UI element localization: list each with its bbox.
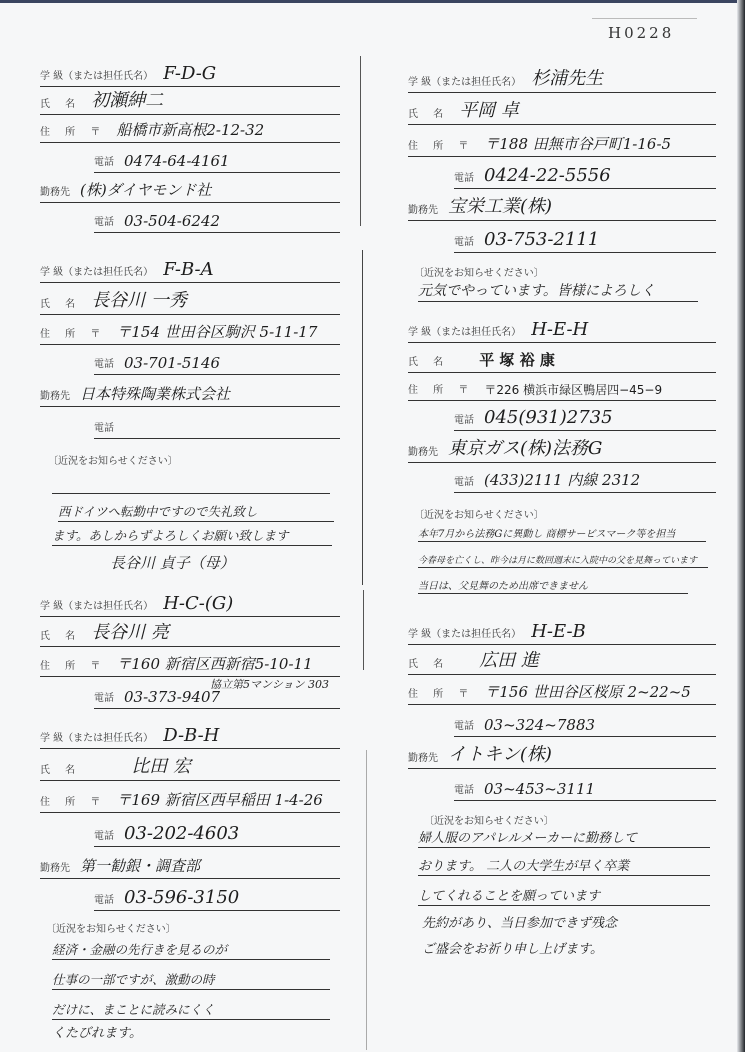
name-row: 氏 名 広田 進: [408, 648, 716, 675]
news-line: ご盛会をお祈り申し上げます。: [422, 938, 603, 957]
name-label: 氏 名: [40, 295, 81, 314]
workplace-label: 勤務先: [40, 387, 70, 406]
work-phone-row: 電話 03~453~3111: [454, 774, 716, 801]
workplace-row: 勤務先 宝栄工業(株): [408, 194, 716, 221]
class-value: H-E-B: [521, 621, 586, 644]
name-label: 氏 名: [408, 353, 449, 372]
name-row: 氏 名 初瀬紳二: [40, 88, 340, 115]
address-row: 住 所 〒 〒188 田無市谷戸町1-16-5: [408, 130, 716, 157]
name-row: 氏 名 比田 宏: [40, 754, 340, 781]
scan-right-edge: [737, 0, 745, 1052]
address-label: 住 所 〒: [40, 793, 106, 812]
name-value: 比田 宏: [81, 752, 191, 780]
address-row: 住 所 〒 船橋市新高根2-12-32: [40, 116, 340, 143]
name-value: 平 塚 裕 康: [449, 349, 555, 372]
class-label: 学 級（または担任氏名）: [408, 73, 521, 92]
work-phone-label: 電話: [94, 891, 114, 910]
news-label: 〔近況をお知らせください〕: [46, 920, 176, 935]
news-signature: 長谷川 貞子（母）: [110, 552, 235, 573]
class-row: 学 級（または担任氏名） H-E-B: [408, 618, 716, 645]
work-phone-label: 電話: [94, 419, 114, 438]
address-row: 住 所 〒 〒156 世田谷区桜原 2~22~5: [408, 678, 716, 705]
phone-value: 0474-64-4161: [114, 152, 230, 172]
news-line: くたびれます。: [52, 1022, 142, 1041]
news-line: 本年7月から法務Gに異動し 商標サービスマーク等を担当: [418, 516, 706, 542]
phone-value: 03-701-5146: [114, 354, 220, 374]
work-phone-label: 電話: [454, 781, 474, 800]
news-line: [52, 468, 330, 494]
workplace-value: 日本特殊陶業株式会社: [70, 383, 230, 406]
phone-label: 電話: [94, 153, 114, 172]
class-label: 学 級（または担任氏名）: [408, 323, 521, 342]
name-value: 初瀬紳二: [81, 86, 163, 114]
name-value: 広田 進: [449, 646, 539, 674]
workplace-label: 勤務先: [408, 749, 438, 768]
address-value: 船橋市新高根2-12-32: [106, 119, 264, 142]
news-line: ます。あしからずよろしくお願い致します: [52, 520, 332, 546]
workplace-value: 宝栄工業(株): [438, 192, 552, 220]
document-id: H0228: [608, 24, 674, 42]
workplace-row: 勤務先 (株)ダイヤモンド社: [40, 176, 340, 203]
work-phone-row: 電話 03-504-6242: [94, 206, 340, 233]
class-row: 学 級（または担任氏名） H-C-(G): [40, 590, 340, 617]
news-line: 当日は、父見舞のため出席できません: [418, 568, 688, 594]
news-line: 今春母を亡くし、昨今は月に数回週末に入院中の父を見舞っています: [418, 542, 708, 568]
class-value: 杉浦先生: [521, 64, 603, 92]
workplace-row: 勤務先 日本特殊陶業株式会社: [40, 380, 340, 407]
name-row: 氏 名 平岡 卓: [408, 98, 716, 125]
phone-label: 電話: [454, 717, 474, 736]
name-label: 氏 名: [408, 655, 449, 674]
name-row: 氏 名 長谷川 亮: [40, 620, 340, 647]
name-row: 氏 名 長谷川 一秀: [40, 288, 340, 315]
name-row: 氏 名 平 塚 裕 康: [408, 346, 716, 373]
address-value: 〒226 横浜市緑区鴨居四−45−9: [474, 381, 662, 400]
class-value: F-B-A: [153, 259, 213, 282]
address-value: 〒188 田無市谷戸町1-16-5: [474, 133, 671, 156]
class-value: H-E-H: [521, 319, 588, 342]
class-row: 学 級（または担任氏名） 杉浦先生: [408, 66, 716, 93]
phone-label: 電話: [94, 689, 114, 708]
id-underline: [592, 18, 697, 19]
column-divider: [362, 250, 363, 585]
class-row: 学 級（または担任氏名） F-B-A: [40, 256, 340, 283]
address-row: 住 所 〒 〒154 世田谷区駒沢 5-11-17: [40, 318, 340, 345]
class-row: 学 級（または担任氏名） F-D-G: [40, 60, 340, 87]
address-label: 住 所 〒: [40, 657, 106, 676]
address-label: 住 所 〒: [408, 137, 474, 156]
phone-row: 電話 03-202-4603: [94, 820, 340, 847]
work-phone-row: 電話 (433)2111 内線 2312: [454, 466, 716, 493]
workplace-label: 勤務先: [40, 183, 70, 202]
phone-label: 電話: [454, 169, 474, 188]
workplace-value: 東京ガス(株)法務G: [438, 434, 602, 462]
phone-row: 電話 03-701-5146: [94, 348, 340, 375]
news-line: 経済・金融の先行きを見るのが: [52, 934, 330, 960]
work-phone-value: (433)2111 内線 2312: [474, 469, 640, 492]
class-value: D-B-H: [153, 725, 219, 748]
news-line: 元気でやっています。皆様によろしく: [418, 276, 698, 302]
class-row: 学 級（または担任氏名） H-E-H: [408, 316, 716, 343]
workplace-row: 勤務先 東京ガス(株)法務G: [408, 436, 716, 463]
address-label: 住 所 〒: [40, 325, 106, 344]
name-value: 長谷川 亮: [81, 618, 169, 646]
news-line: だけに、まことに読みにくく: [52, 994, 330, 1020]
phone-value: 0424-22-5556: [474, 165, 611, 188]
phone-row: 電話 03-373-9407: [94, 682, 340, 709]
name-value: 長谷川 一秀: [81, 286, 187, 314]
work-phone-value: 03-504-6242: [114, 212, 220, 232]
work-phone-label: 電話: [454, 473, 474, 492]
work-phone-label: 電話: [94, 213, 114, 232]
phone-label: 電話: [454, 411, 474, 430]
work-phone-value: 03-753-2111: [474, 229, 599, 252]
class-label: 学 級（または担任氏名）: [40, 729, 153, 748]
phone-row: 電話 0424-22-5556: [454, 162, 716, 189]
address-value: 〒169 新宿区西早稲田 1-4-26: [106, 789, 322, 812]
class-row: 学 級（または担任氏名） D-B-H: [40, 722, 340, 749]
phone-label: 電話: [94, 355, 114, 374]
workplace-value: 第一勧銀・調査部: [70, 855, 200, 878]
news-line: おります。 二人の大学生が早く卒業: [418, 850, 710, 876]
name-label: 氏 名: [40, 95, 81, 114]
column-divider: [360, 56, 361, 226]
class-label: 学 級（または担任氏名）: [408, 625, 521, 644]
phone-value: 03~324~7883: [474, 716, 595, 736]
address-value: 〒160 新宿区西新宿5-10-11: [106, 653, 312, 676]
phone-row: 電話 045(931)2735: [454, 404, 716, 431]
phone-label: 電話: [94, 827, 114, 846]
address-row: 住 所 〒 〒226 横浜市緑区鴨居四−45−9: [408, 374, 716, 401]
class-value: H-C-(G): [153, 593, 233, 616]
work-phone-value: 03~453~3111: [474, 780, 595, 800]
address-row: 住 所 〒 〒169 新宿区西早稲田 1-4-26: [40, 786, 340, 813]
column-divider: [366, 750, 367, 1050]
news-line: 仕事の一部ですが、激動の時: [52, 964, 330, 990]
workplace-value: イトキン(株): [438, 740, 552, 768]
news-line: 婦人服のアパレルメーカーに勤務して: [418, 822, 710, 848]
work-phone-row: 電話 03-753-2111: [454, 226, 716, 253]
name-label: 氏 名: [408, 105, 449, 124]
work-phone-row: 電話 03-596-3150: [94, 884, 340, 911]
class-value: F-D-G: [153, 63, 216, 86]
work-phone-value: 03-596-3150: [114, 887, 239, 910]
phone-row: 電話 0474-64-4161: [94, 146, 340, 173]
workplace-row: 勤務先 第一勧銀・調査部: [40, 852, 340, 879]
scan-top-edge: [0, 0, 745, 3]
phone-value: 03-373-9407: [114, 688, 220, 708]
workplace-value: (株)ダイヤモンド社: [70, 179, 211, 202]
address-label: 住 所 〒: [408, 381, 474, 400]
name-label: 氏 名: [40, 761, 81, 780]
news-line: してくれることを願っています: [418, 880, 710, 906]
address-value: 〒156 世田谷区桜原 2~22~5: [474, 681, 690, 704]
name-value: 平岡 卓: [449, 96, 519, 124]
phone-value: 045(931)2735: [474, 407, 613, 430]
class-label: 学 級（または担任氏名）: [40, 597, 153, 616]
column-divider: [363, 590, 364, 670]
work-phone-value: [114, 436, 124, 438]
work-phone-row: 電話: [94, 412, 340, 439]
phone-row: 電話 03~324~7883: [454, 710, 716, 737]
address-label: 住 所 〒: [40, 123, 106, 142]
workplace-label: 勤務先: [408, 443, 438, 462]
name-label: 氏 名: [40, 627, 81, 646]
work-phone-label: 電話: [454, 233, 474, 252]
address-value: 〒154 世田谷区駒沢 5-11-17: [106, 321, 317, 344]
class-label: 学 級（または担任氏名）: [40, 263, 153, 282]
news-label: 〔近況をお知らせください〕: [48, 452, 178, 467]
news-line: 先約があり、当日参加できず残念: [422, 912, 617, 931]
class-label: 学 級（または担任氏名）: [40, 67, 153, 86]
workplace-label: 勤務先: [408, 201, 438, 220]
workplace-label: 勤務先: [40, 859, 70, 878]
phone-value: 03-202-4603: [114, 823, 239, 846]
address-label: 住 所 〒: [408, 685, 474, 704]
address-row: 住 所 〒 〒160 新宿区西新宿5-10-11: [40, 650, 340, 677]
news-line: 西ドイツへ転勤中ですので失礼致し: [58, 496, 334, 522]
workplace-row: 勤務先 イトキン(株): [408, 742, 716, 769]
